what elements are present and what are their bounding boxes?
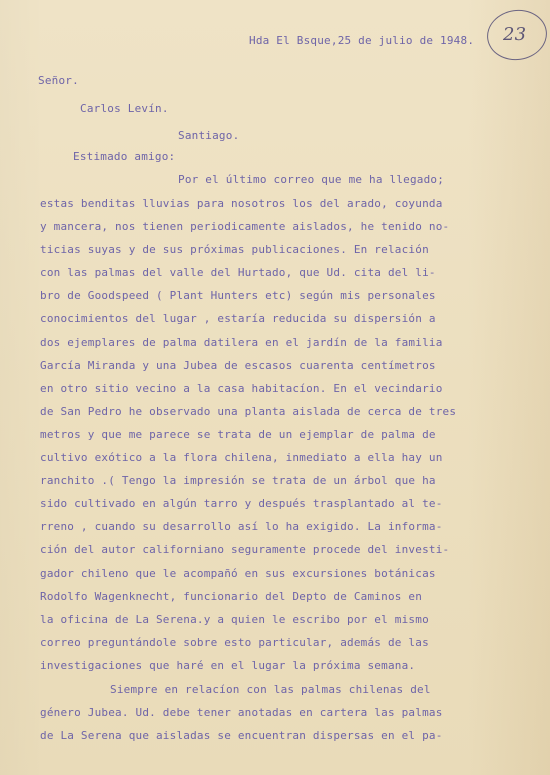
letter-page: 23 Hda El Bsque,25 de julio de 1948. Señ… [0, 0, 550, 775]
body-line: ción del autor californiano seguramente … [40, 543, 449, 557]
salutation-title: Señor. [38, 74, 79, 88]
body-line: investigaciones que haré en el lugar la … [40, 659, 415, 673]
body-line: género Jubea. Ud. debe tener anotadas en… [40, 706, 443, 720]
body-line: rreno , cuando su desarrollo así lo ha e… [40, 520, 443, 534]
body-line: conocimientos del lugar , estaría reduci… [40, 312, 436, 326]
body-line: Rodolfo Wagenknecht, funcionario del Dep… [40, 590, 422, 604]
body-line: la oficina de La Serena.y a quien le esc… [40, 613, 429, 627]
recipient-city: Santiago. [178, 129, 239, 143]
body-line: correo preguntándole sobre esto particul… [40, 636, 429, 650]
body-line: García Miranda y una Jubea de escasos cu… [40, 359, 436, 373]
body-line: dos ejemplares de palma datilera en el j… [40, 336, 443, 350]
body-line: bro de Goodspeed ( Plant Hunters etc) se… [40, 289, 436, 303]
body-line: ranchito .( Tengo la impresión se trata … [40, 474, 436, 488]
body-line: en otro sitio vecino a la casa habitacío… [40, 382, 443, 396]
body-line: de San Pedro he observado una planta ais… [40, 405, 456, 419]
body-line: gador chileno que le acompañó en sus exc… [40, 567, 436, 581]
body-line: y mancera, nos tienen periodicamente ais… [40, 220, 449, 234]
recipient-name: Carlos Levín. [80, 102, 169, 116]
folio-number: 23 [503, 24, 526, 45]
body-line: Siempre en relacíon con las palmas chile… [110, 683, 431, 697]
greeting: Estimado amigo: [73, 150, 175, 164]
body-line: metros y que me parece se trata de un ej… [40, 428, 436, 442]
body-line: de La Serena que aisladas se encuentran … [40, 729, 443, 743]
body-line: cultivo exótico a la flora chilena, inme… [40, 451, 443, 465]
body-line: ticias suyas y de sus próximas publicaci… [40, 243, 429, 257]
body-line: sido cultivado en algún tarro y después … [40, 497, 443, 511]
body-line: Por el último correo que me ha llegado; [178, 173, 444, 187]
dateline: Hda El Bsque,25 de julio de 1948. [249, 34, 474, 48]
body-line: con las palmas del valle del Hurtado, qu… [40, 266, 436, 280]
body-line: estas benditas lluvias para nosotros los… [40, 197, 443, 211]
